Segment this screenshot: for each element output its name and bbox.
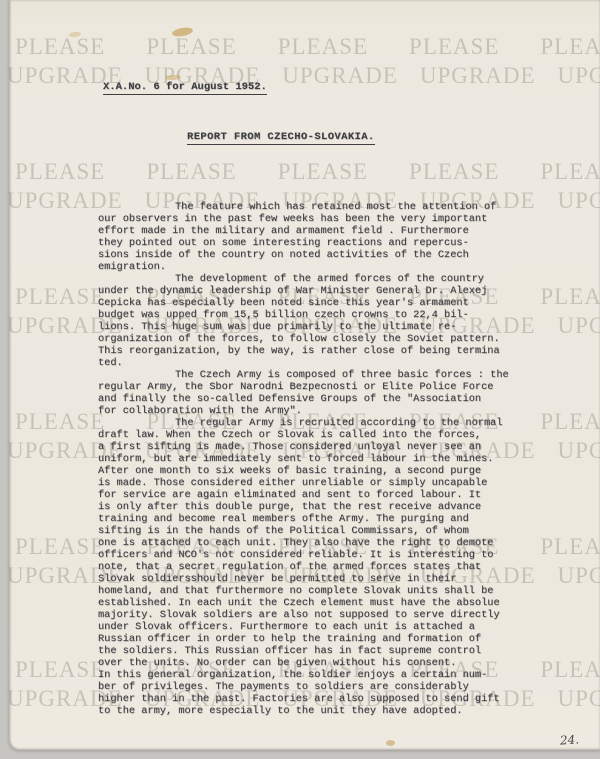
watermark-text: PLEASE [15, 409, 105, 435]
watermark-text: PLEASE [15, 284, 105, 310]
page-number: 24. [560, 732, 580, 747]
watermark-text: PLEASE [409, 159, 499, 185]
watermark-row: PLEASEPLEASEPLEASEPLEASEPLEASE [15, 159, 600, 185]
watermark-text: UPGRADE [558, 63, 600, 89]
watermark-row: UPGRADEUPGRADEUPGRADEUPGRADEUPGRADE [7, 63, 600, 89]
report-body: The feature which has retained most the … [98, 201, 568, 717]
watermark-text: PLEASE [540, 34, 600, 60]
watermark-text: PLEASE [146, 34, 236, 60]
paragraph: In this general organization, the soldie… [98, 669, 568, 717]
watermark-text: UPGRADE [282, 63, 398, 89]
watermark-text: PLEASE [540, 159, 600, 185]
paragraph: The feature which has retained most the … [98, 201, 568, 273]
report-title: REPORT FROM CZECHO-SLOVAKIA. [187, 131, 375, 145]
watermark-text: PLEASE [278, 159, 368, 185]
watermark-text: PLEASE [409, 34, 499, 60]
watermark-text: UPGRADE [420, 63, 536, 89]
scanned-document-page: { "page": { "reference_line": "X.A.No. 6… [0, 0, 600, 759]
watermark-text: PLEASE [15, 534, 105, 560]
watermark-text: PLEASE [15, 657, 105, 683]
watermark-text: PLEASE [15, 34, 105, 60]
paper-stain [386, 740, 395, 746]
watermark-text: PLEASE [278, 34, 368, 60]
watermark-text: PLEASE [146, 159, 236, 185]
reference-line: X.A.No. 6 for August 1952. [103, 81, 267, 95]
watermark-row: PLEASEPLEASEPLEASEPLEASEPLEASE [15, 34, 600, 60]
paragraph: The development of the armed forces of t… [98, 273, 568, 369]
paragraph: The Czech Army is composed of three basi… [98, 369, 568, 417]
paragraph: The regular Army is recruited according … [98, 417, 568, 669]
watermark-text: PLEASE [15, 159, 105, 185]
